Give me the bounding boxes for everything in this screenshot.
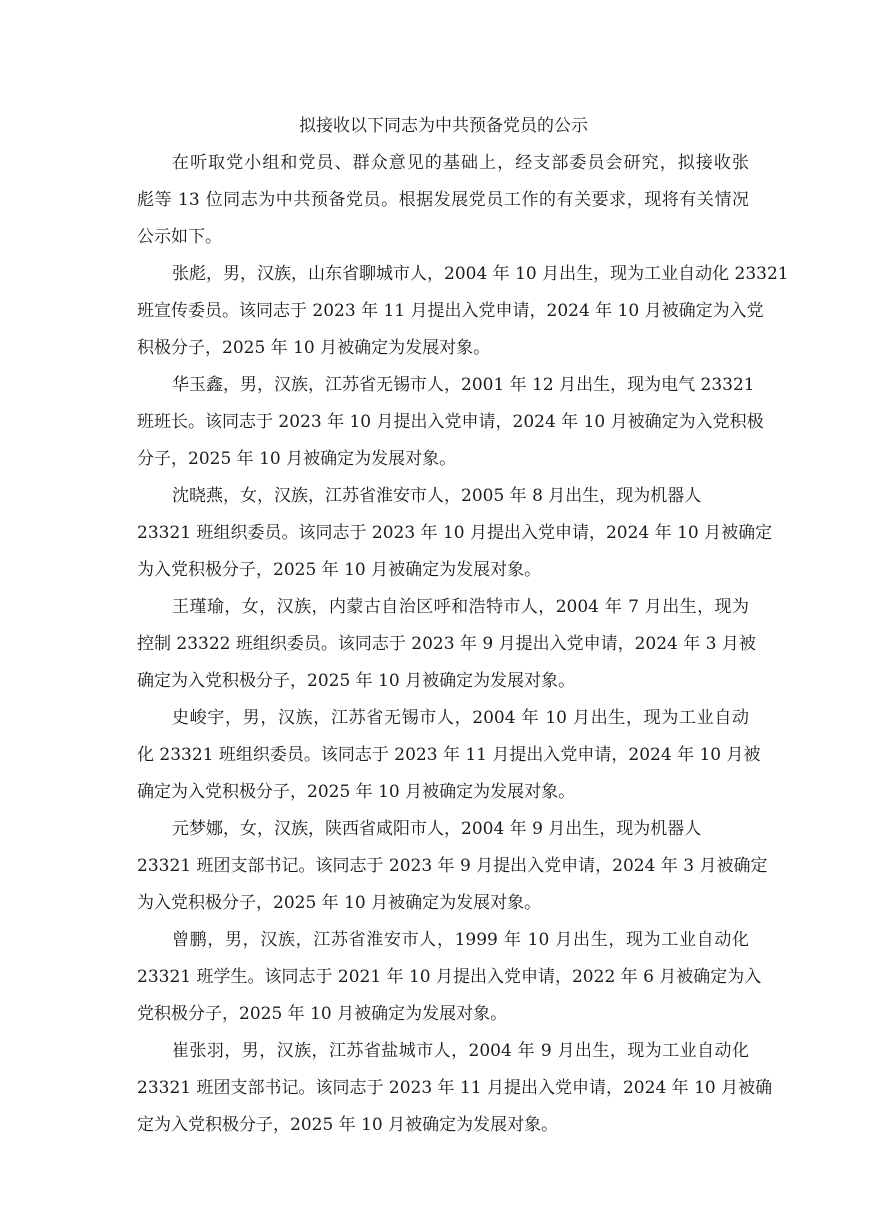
document-page: 拟接收以下同志为中共预备党员的公示 在听取党小组和党员、群众意见的基础上，经支部… xyxy=(0,0,887,1229)
member-paragraph-line: 确定为入党积极分子，2025 年 10 月被确定为发展对象。 xyxy=(137,669,749,693)
member-paragraph-line: 元梦娜，女，汉族，陕西省咸阳市人，2004 年 9 月出生，现为机器人 xyxy=(172,817,749,841)
intro-line-2: 彪等 13 位同志为中共预备党员。根据发展党员工作的有关要求，现将有关情况 xyxy=(137,188,749,212)
member-paragraph-line: 23321 班团支部书记。该同志于 2023 年 9 月提出入党申请，2024 … xyxy=(137,854,749,878)
member-paragraph-line: 张彪，男，汉族，山东省聊城市人，2004 年 10 月出生，现为工业自动化 23… xyxy=(172,262,749,286)
member-paragraph-line: 曾鹏，男，汉族，江苏省淮安市人，1999 年 10 月出生，现为工业自动化 xyxy=(172,928,749,952)
member-paragraph-line: 为入党积极分子，2025 年 10 月被确定为发展对象。 xyxy=(137,558,749,582)
member-paragraph-line: 为入党积极分子，2025 年 10 月被确定为发展对象。 xyxy=(137,891,749,915)
member-paragraph-line: 班宣传委员。该同志于 2023 年 11 月提出入党申请，2024 年 10 月… xyxy=(137,299,749,323)
member-paragraph-line: 化 23321 班组织委员。该同志于 2023 年 11 月提出入党申请，202… xyxy=(137,743,749,767)
member-paragraph-line: 积极分子，2025 年 10 月被确定为发展对象。 xyxy=(137,336,749,360)
member-paragraph-line: 23321 班组织委员。该同志于 2023 年 10 月提出入党申请，2024 … xyxy=(137,521,749,545)
member-paragraph-line: 党积极分子，2025 年 10 月被确定为发展对象。 xyxy=(137,1002,749,1026)
member-paragraph-line: 班班长。该同志于 2023 年 10 月提出入党申请，2024 年 10 月被确… xyxy=(137,410,749,434)
member-paragraph-line: 王瑾瑜，女，汉族，内蒙古自治区呼和浩特市人，2004 年 7 月出生，现为 xyxy=(172,595,749,619)
document-title: 拟接收以下同志为中共预备党员的公示 xyxy=(0,114,887,138)
member-paragraph-line: 崔张羽，男，汉族，江苏省盐城市人，2004 年 9 月出生，现为工业自动化 xyxy=(172,1039,749,1063)
member-paragraph-line: 23321 班学生。该同志于 2021 年 10 月提出入党申请，2022 年 … xyxy=(137,965,749,989)
member-paragraph-line: 定为入党积极分子，2025 年 10 月被确定为发展对象。 xyxy=(137,1113,749,1137)
member-paragraph-line: 控制 23322 班组织委员。该同志于 2023 年 9 月提出入党申请，202… xyxy=(137,632,749,656)
member-paragraph-line: 沈晓燕，女，汉族，江苏省淮安市人，2005 年 8 月出生，现为机器人 xyxy=(172,484,749,508)
intro-line-1: 在听取党小组和党员、群众意见的基础上，经支部委员会研究，拟接收张 xyxy=(172,151,749,175)
member-paragraph-line: 确定为入党积极分子，2025 年 10 月被确定为发展对象。 xyxy=(137,780,749,804)
member-paragraph-line: 分子，2025 年 10 月被确定为发展对象。 xyxy=(137,447,749,471)
intro-line-3: 公示如下。 xyxy=(137,225,749,249)
member-paragraph-line: 23321 班团支部书记。该同志于 2023 年 11 月提出入党申请，2024… xyxy=(137,1076,749,1100)
member-paragraph-line: 华玉鑫，男，汉族，江苏省无锡市人，2001 年 12 月出生，现为电气 2332… xyxy=(172,373,749,397)
member-paragraph-line: 史峻宇，男，汉族，江苏省无锡市人，2004 年 10 月出生，现为工业自动 xyxy=(172,706,749,730)
